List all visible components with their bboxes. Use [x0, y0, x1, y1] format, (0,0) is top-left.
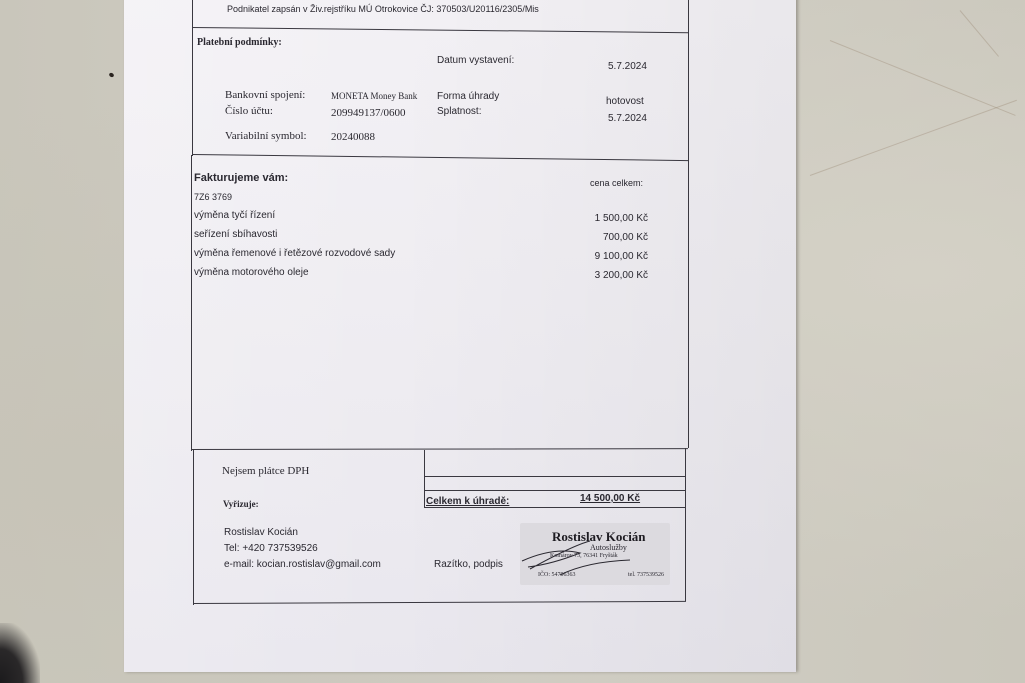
- bank-value: MONETA Money Bank: [331, 91, 417, 101]
- vehicle-plate: 7Z6 3769: [194, 192, 232, 202]
- table-border: [424, 450, 425, 508]
- company-stamp: Rostislav Kocián Autoslužby Komárov 73, …: [520, 523, 670, 585]
- due-date-label: Splatnost:: [437, 106, 481, 117]
- total-label: Celkem k úhradě:: [426, 496, 509, 507]
- variable-symbol-label: Variabilní symbol:: [225, 130, 307, 142]
- vat-note: Nejsem plátce DPH: [222, 465, 309, 477]
- account-value: 209949137/0600: [331, 107, 406, 119]
- item-price: 700,00 Kč: [548, 232, 648, 243]
- item-description: výměna řemenové i řetězové rozvodové sad…: [194, 248, 395, 259]
- registry-note: Podnikatel zapsán v Živ.rejstříku MÚ Otr…: [227, 4, 539, 14]
- stamp-label: Razítko, podpis: [434, 559, 503, 570]
- shadow: [0, 623, 40, 683]
- contact-name: Rostislav Kocián: [224, 527, 298, 538]
- total-value: 14 500,00 Kč: [580, 493, 640, 504]
- item-description: výměna tyčí řízení: [194, 210, 275, 221]
- handled-by-label: Vyřizuje:: [223, 499, 259, 509]
- issue-date-value: 5.7.2024: [608, 61, 647, 72]
- due-date-value: 5.7.2024: [608, 113, 647, 124]
- table-border: [688, 160, 689, 448]
- table-border: [424, 490, 686, 491]
- contact-phone: Tel: +420 737539526: [224, 543, 318, 554]
- table-border: [193, 450, 194, 605]
- payment-terms-title: Platební podmínky:: [197, 37, 282, 48]
- bank-label: Bankovní spojení:: [225, 89, 305, 101]
- item-price: 1 500,00 Kč: [548, 213, 648, 224]
- table-border: [688, 36, 689, 162]
- issue-date-label: Datum vystavení:: [437, 55, 514, 66]
- contact-email: e-mail: kocian.rostislav@gmail.com: [224, 559, 381, 570]
- table-border: [685, 448, 686, 601]
- invoice-items-title: Fakturujeme vám:: [194, 172, 288, 184]
- payment-form-value: hotovost: [606, 96, 644, 107]
- item-description: výměna motorového oleje: [194, 267, 309, 278]
- item-description: seřízení sbíhavosti: [194, 229, 277, 240]
- table-border: [424, 507, 686, 508]
- item-price: 9 100,00 Kč: [548, 251, 648, 262]
- table-border: [424, 476, 686, 477]
- payment-form-label: Forma úhrady: [437, 91, 499, 102]
- variable-symbol-value: 20240088: [331, 131, 375, 143]
- item-price: 3 200,00 Kč: [548, 270, 648, 281]
- signature-icon: [520, 523, 670, 585]
- account-label: Číslo účtu:: [225, 105, 273, 117]
- price-column-header: cena celkem:: [590, 178, 643, 188]
- table-border: [191, 155, 192, 451]
- table-border: [192, 28, 193, 156]
